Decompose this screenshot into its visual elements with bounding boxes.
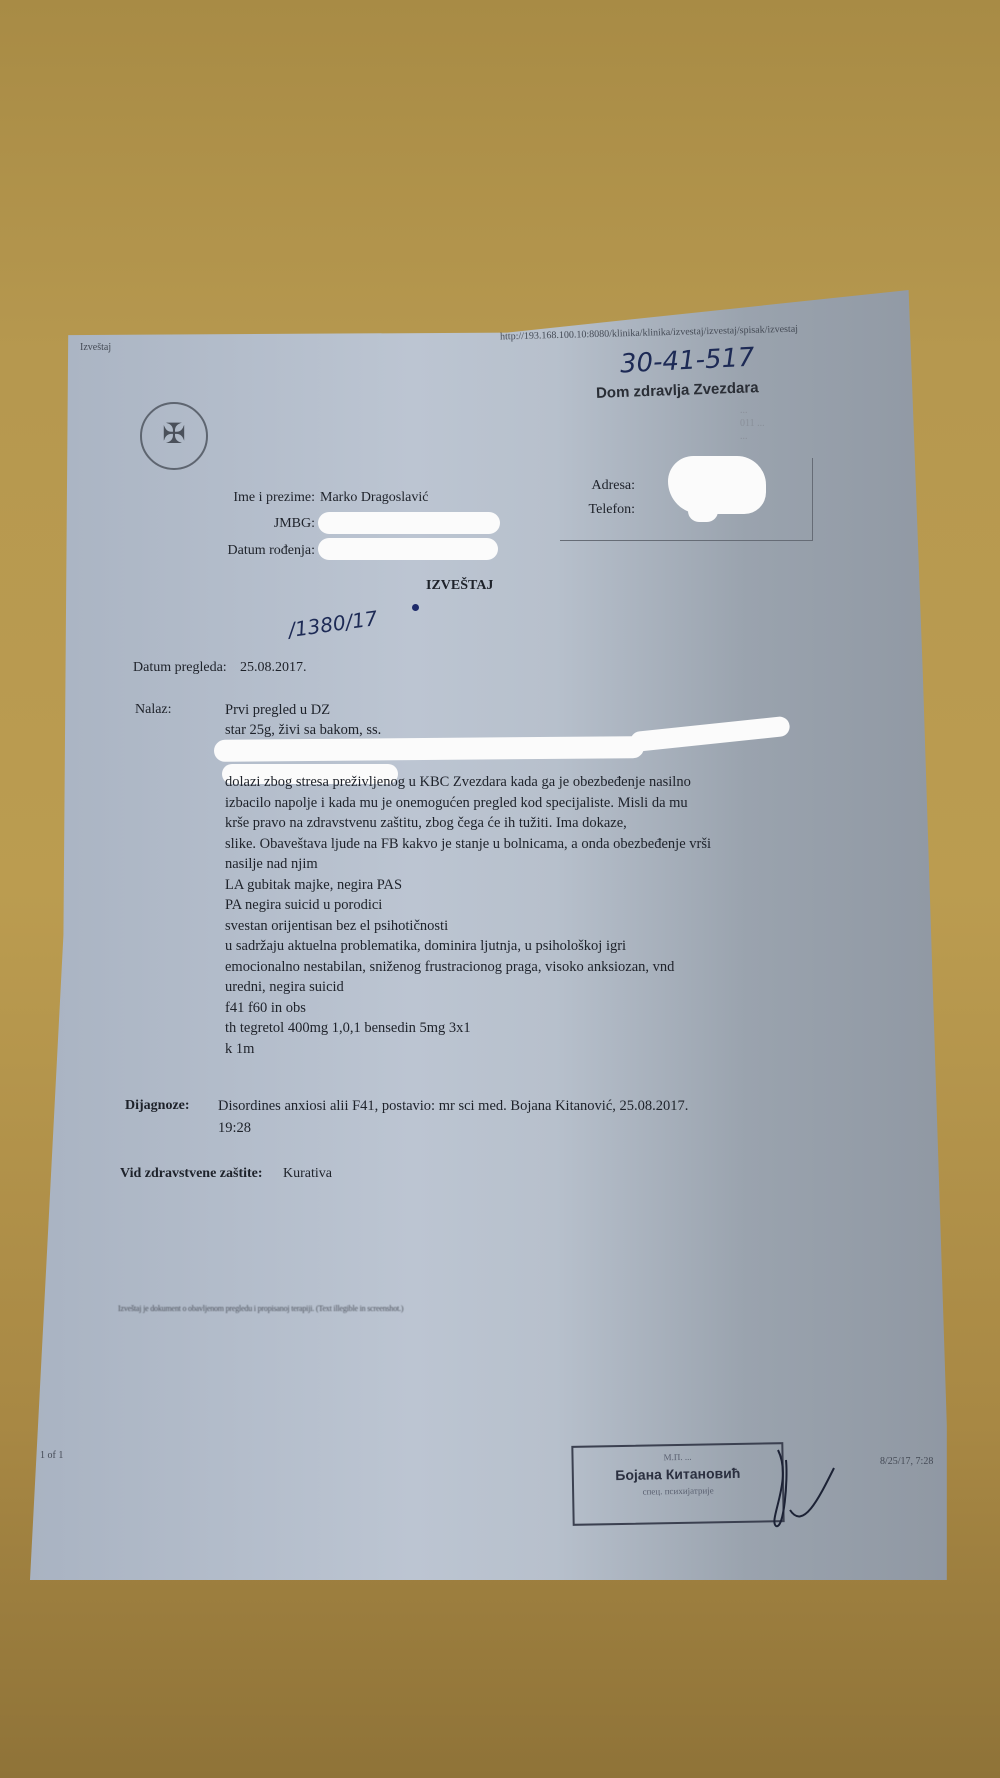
redaction-address [688,500,718,522]
dob-label: Datum rođenja: [180,543,315,559]
findings-line: nasilje nad njim [225,854,711,875]
institution-detail: ... [740,431,748,442]
jmbg-label: JMBG: [180,516,315,532]
diagnosis-time: 19:28 [218,1118,251,1139]
footer-disclaimer: Izveštaj je dokument o obavljenom pregle… [118,1302,818,1315]
findings-line: emocionalno nestabilan, sniženog frustra… [225,957,711,978]
findings-line: svestan orijentisan bez el psihotičnosti [225,916,711,937]
findings-line: th tegretol 400mg 1,0,1 bensedin 5mg 3x1 [225,1018,711,1039]
diagnosis-label: Dijagnoze: [125,1098,190,1114]
exam-date: 25.08.2017. [240,660,307,676]
signature-icon [758,1440,838,1530]
findings-line: f41 f60 in obs [225,998,711,1019]
header-left-label: Izveštaj [80,342,111,353]
redaction-jmbg [318,512,500,534]
findings-line: Prvi pregled u DZ [225,700,330,721]
redaction-address [668,456,766,514]
name-label: Ime i prezime: [180,490,315,506]
printed-timestamp: 8/25/17, 7:28 [880,1456,933,1467]
care-type-label: Vid zdravstvene zaštite: [120,1166,263,1182]
findings-line: PA negira suicid u porodici [225,895,711,916]
institution-detail: 011 ... [740,418,765,429]
findings-line: k 1m [225,1039,711,1060]
redaction-dob [318,538,498,560]
patient-name: Marko Dragoslavić [320,490,428,506]
address-label: Adresa: [560,478,635,494]
findings-line: izbacilo napolje i kada mu je onemogućen… [225,793,711,814]
ink-dot [412,604,419,611]
stamp-line: М.П. ... [573,1450,781,1464]
institution-detail: ... [740,405,748,416]
care-type-value: Kurativa [283,1166,332,1182]
findings-line: LA gubitak majke, negira PAS [225,875,711,896]
redaction-findings [214,736,644,762]
findings-line: uredni, negira suicid [225,977,711,998]
findings-line: dolazi zbog stresa preživljenog u KBC Zv… [225,772,711,793]
findings-label: Nalaz: [135,702,172,718]
findings-continued: dolazi zbog stresa preživljenog u KBC Zv… [225,772,711,1059]
findings-line: star 25g, živi sa bakom, ss. [225,720,381,741]
report-title: IZVEŠTAJ [426,578,493,594]
findings-line: slike. Obaveštava ljude na FB kakvo je s… [225,834,711,855]
findings-line: u sadržaju aktuelna problematika, domini… [225,936,711,957]
page-indicator: 1 of 1 [40,1450,63,1461]
institution-logo-icon: ✠ [140,402,208,470]
stamp-name: Бојана Китановић [574,1464,782,1484]
phone-label: Telefon: [560,502,635,518]
stamp-line: спец. психијатрије [574,1484,782,1498]
findings-line: krše pravo na zdravstvenu zaštitu, zbog … [225,813,711,834]
exam-date-label: Datum pregleda: [133,660,227,676]
diagnosis-value: Disordines anxiosi alii F41, postavio: m… [218,1096,688,1117]
doctor-stamp: М.П. ... Бојана Китановић спец. психијат… [571,1442,784,1526]
